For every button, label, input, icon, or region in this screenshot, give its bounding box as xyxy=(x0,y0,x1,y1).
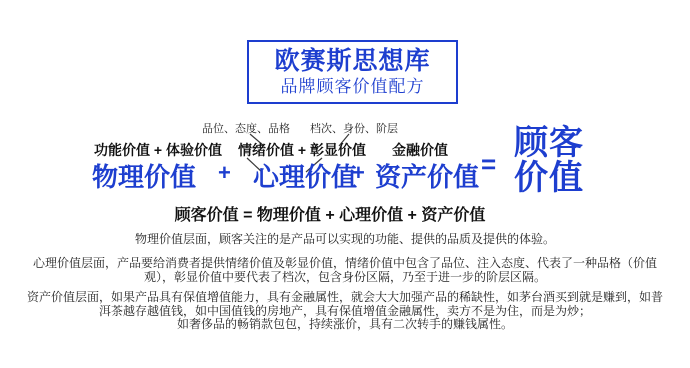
header-title-box: 欧赛斯思想库 品牌顾客价值配方 xyxy=(247,40,458,104)
annotation-taste-attitude-character: 品位、态度、品格 xyxy=(202,120,290,136)
term-physical-value: 物理价值 xyxy=(92,157,196,194)
plus-sign-2: + xyxy=(352,160,365,186)
result-customer-value: 顾客 价值 xyxy=(514,126,584,196)
term-asset-value: 资产价值 xyxy=(375,157,479,194)
brand-title: 欧赛斯思想库 xyxy=(274,47,430,75)
plus-sign-1: + xyxy=(218,160,231,186)
paragraph-line: 资产价值层面，如果产品具有保值增值能力，具有金融属性，就会大大加强产品的稀缺性，… xyxy=(0,291,690,305)
paragraph-line: 物理价值层面，顾客关注的是产品可以实现的功能、提供的品质及提供的体验。 xyxy=(0,233,690,247)
paragraph-line: 洱茶越存越值钱，如中国值钱的房地产，具有保值增值金融属性，卖方不是为住，而是为炒… xyxy=(0,305,690,319)
paragraph-line: 观），彰显价值中要代表了档次，包含身份区隔，乃至于进一步的阶层区隔。 xyxy=(0,271,690,285)
result-line-1: 顾客 xyxy=(514,126,584,161)
equals-sign: = xyxy=(481,149,496,180)
paragraph-physical-value: 物理价值层面，顾客关注的是产品可以实现的功能、提供的品质及提供的体验。 xyxy=(0,233,690,247)
summary-equation: 顾客价值 = 物理价值 + 心理价值 + 资产价值 xyxy=(0,202,660,225)
term-psychological-value: 心理价值 xyxy=(253,157,357,194)
slide-canvas: 欧赛斯思想库 品牌顾客价值配方 品位、态度、品格 档次、身份、阶层 功能价值 +… xyxy=(0,0,690,368)
paragraph-line: 心理价值层面，产品要给消费者提供情绪价值及彰显价值，情绪价值中包含了品位、注入态… xyxy=(0,257,690,271)
paragraph-line: 如奢侈品的畅销款包包，持续涨价，具有二次转手的赚钱属性。 xyxy=(0,318,690,332)
result-line-2: 价值 xyxy=(514,161,584,196)
slide-subtitle: 品牌顾客价值配方 xyxy=(281,77,425,97)
paragraph-psychological-value: 心理价值层面，产品要给消费者提供情绪价值及彰显价值，情绪价值中包含了品位、注入态… xyxy=(0,257,690,284)
annotation-grade-identity-class: 档次、身份、阶层 xyxy=(310,120,398,136)
paragraph-asset-value: 资产价值层面，如果产品具有保值增值能力，具有金融属性，就会大大加强产品的稀缺性，… xyxy=(0,291,690,332)
